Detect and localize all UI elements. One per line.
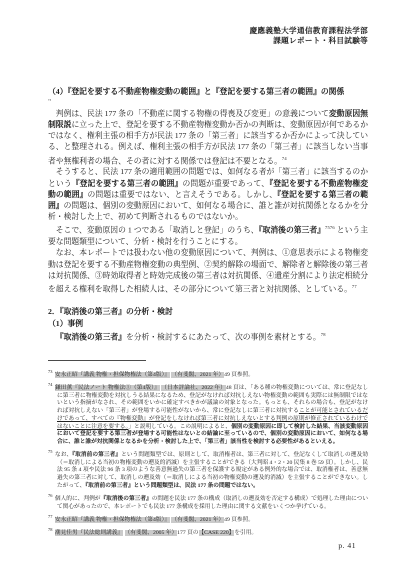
page-number: p. 41 bbox=[338, 541, 356, 550]
footnote-ref-73: 73 bbox=[48, 99, 51, 102]
footnote-number: 76 bbox=[48, 493, 52, 498]
footnote-text: 安永正昭『講義 物権・担保物権法（第4版）』 （有斐閣、2021 年）49 頁参… bbox=[55, 517, 254, 523]
footnote-separator bbox=[48, 360, 146, 361]
page-header: 慶應義塾大学通信教育課程法学部 課題レポート・科目試験等 bbox=[48, 26, 368, 46]
document-page: 慶應義塾大学通信教育課程法学部 課題レポート・科目試験等 （4）『登記を要する不… bbox=[0, 0, 410, 580]
footnote-73: 73安永正昭『講義 物権・担保物権法（第4版）』 （有斐閣、2021 年）49 … bbox=[48, 368, 368, 380]
footnote-74: 74鎌田薫『民法ノート 物権法①（第4版）』 （日本評論社、2022 年）48 … bbox=[48, 381, 368, 447]
footnote-77: 77安永正昭『講義 物権・担保物権法（第4版）』 （有斐閣、2021 年）49 … bbox=[48, 513, 368, 525]
subsection-1-heading: （1）事例 bbox=[48, 318, 368, 329]
section4-footnote-ref: 73 bbox=[48, 97, 368, 108]
section2-heading: 2．『取消後の第三者』の分析・検討 bbox=[48, 306, 368, 317]
footnote-text: なお、『取消前の第三者』という問題類型では、原則として、取消権者は、第三者に対し… bbox=[55, 452, 368, 489]
header-university-line: 慶應義塾大学通信教育課程法学部 bbox=[48, 26, 368, 36]
footnote-number: 74 bbox=[48, 382, 52, 387]
footnote-78: 78潮見佳男『民法総則講義』 （有斐閣、2005 年）177 頁の【CASE 2… bbox=[48, 526, 368, 538]
footnote-number: 75 bbox=[48, 449, 52, 454]
footnote-text: 潮見佳男『民法総則講義』 （有斐閣、2005 年）177 頁の【CASE 220… bbox=[55, 530, 257, 536]
section2-intro: 『取消後の第三者』を分析・検討するにあたって、次の事例を素材とする。78 bbox=[48, 329, 368, 343]
footnote-text: 個人的に、判例が『取消後の第三者』の問題を民法 177 条の構成（取消しの遡及効… bbox=[55, 496, 368, 510]
section4-heading: （4）『登記を要する不動産物権変動の範囲』と『登記を要する第三者の範囲』の関係 bbox=[48, 86, 368, 97]
footnotes-block: 73安永正昭『講義 物権・担保物権法（第4版）』 （有斐閣、2021 年）49 … bbox=[48, 368, 368, 538]
paragraph-2: そうすると、民法 177 条の適用範囲の問題では、如何なる者が「第三者」に該当す… bbox=[48, 166, 368, 222]
header-doctype-line: 課題レポート・科目試験等 bbox=[48, 36, 368, 46]
footnote-76: 76個人的に、判例が『取消後の第三者』の問題を民法 177 条の構成（取消しの遡… bbox=[48, 492, 368, 511]
footnote-number: 77 bbox=[48, 514, 52, 519]
paragraph-4: なお、本レポートでは扱わない他の変動原因について、判例は、①意思表示による物権変… bbox=[48, 247, 368, 294]
footnote-number: 73 bbox=[48, 369, 52, 374]
paragraph-3: そこで、変動原因の 1 つである「取消しと登記」のうち、『取消後の第三者』757… bbox=[48, 222, 368, 247]
footnote-text: 鎌田薫『民法ノート 物権法①（第4版）』 （日本評論社、2022 年）48 頁は… bbox=[55, 385, 368, 445]
footnote-75: 75なお、『取消前の第三者』という問題類型では、原則として、取消権者は、第三者に… bbox=[48, 448, 368, 490]
footnote-number: 78 bbox=[48, 527, 52, 532]
body-text: 判例は、民法 177 条の「不動産に関する物権の得喪及び変更」の意義について変動… bbox=[48, 108, 368, 295]
footnote-text: 安永正昭『講義 物権・担保物権法（第4版）』 （有斐閣、2021 年）49 頁参… bbox=[55, 372, 254, 378]
section2-body: 『取消後の第三者』を分析・検討するにあたって、次の事例を素材とする。78 bbox=[48, 329, 368, 343]
paragraph-1: 判例は、民法 177 条の「不動産に関する物権の得喪及び変更」の意義について変動… bbox=[48, 108, 368, 167]
